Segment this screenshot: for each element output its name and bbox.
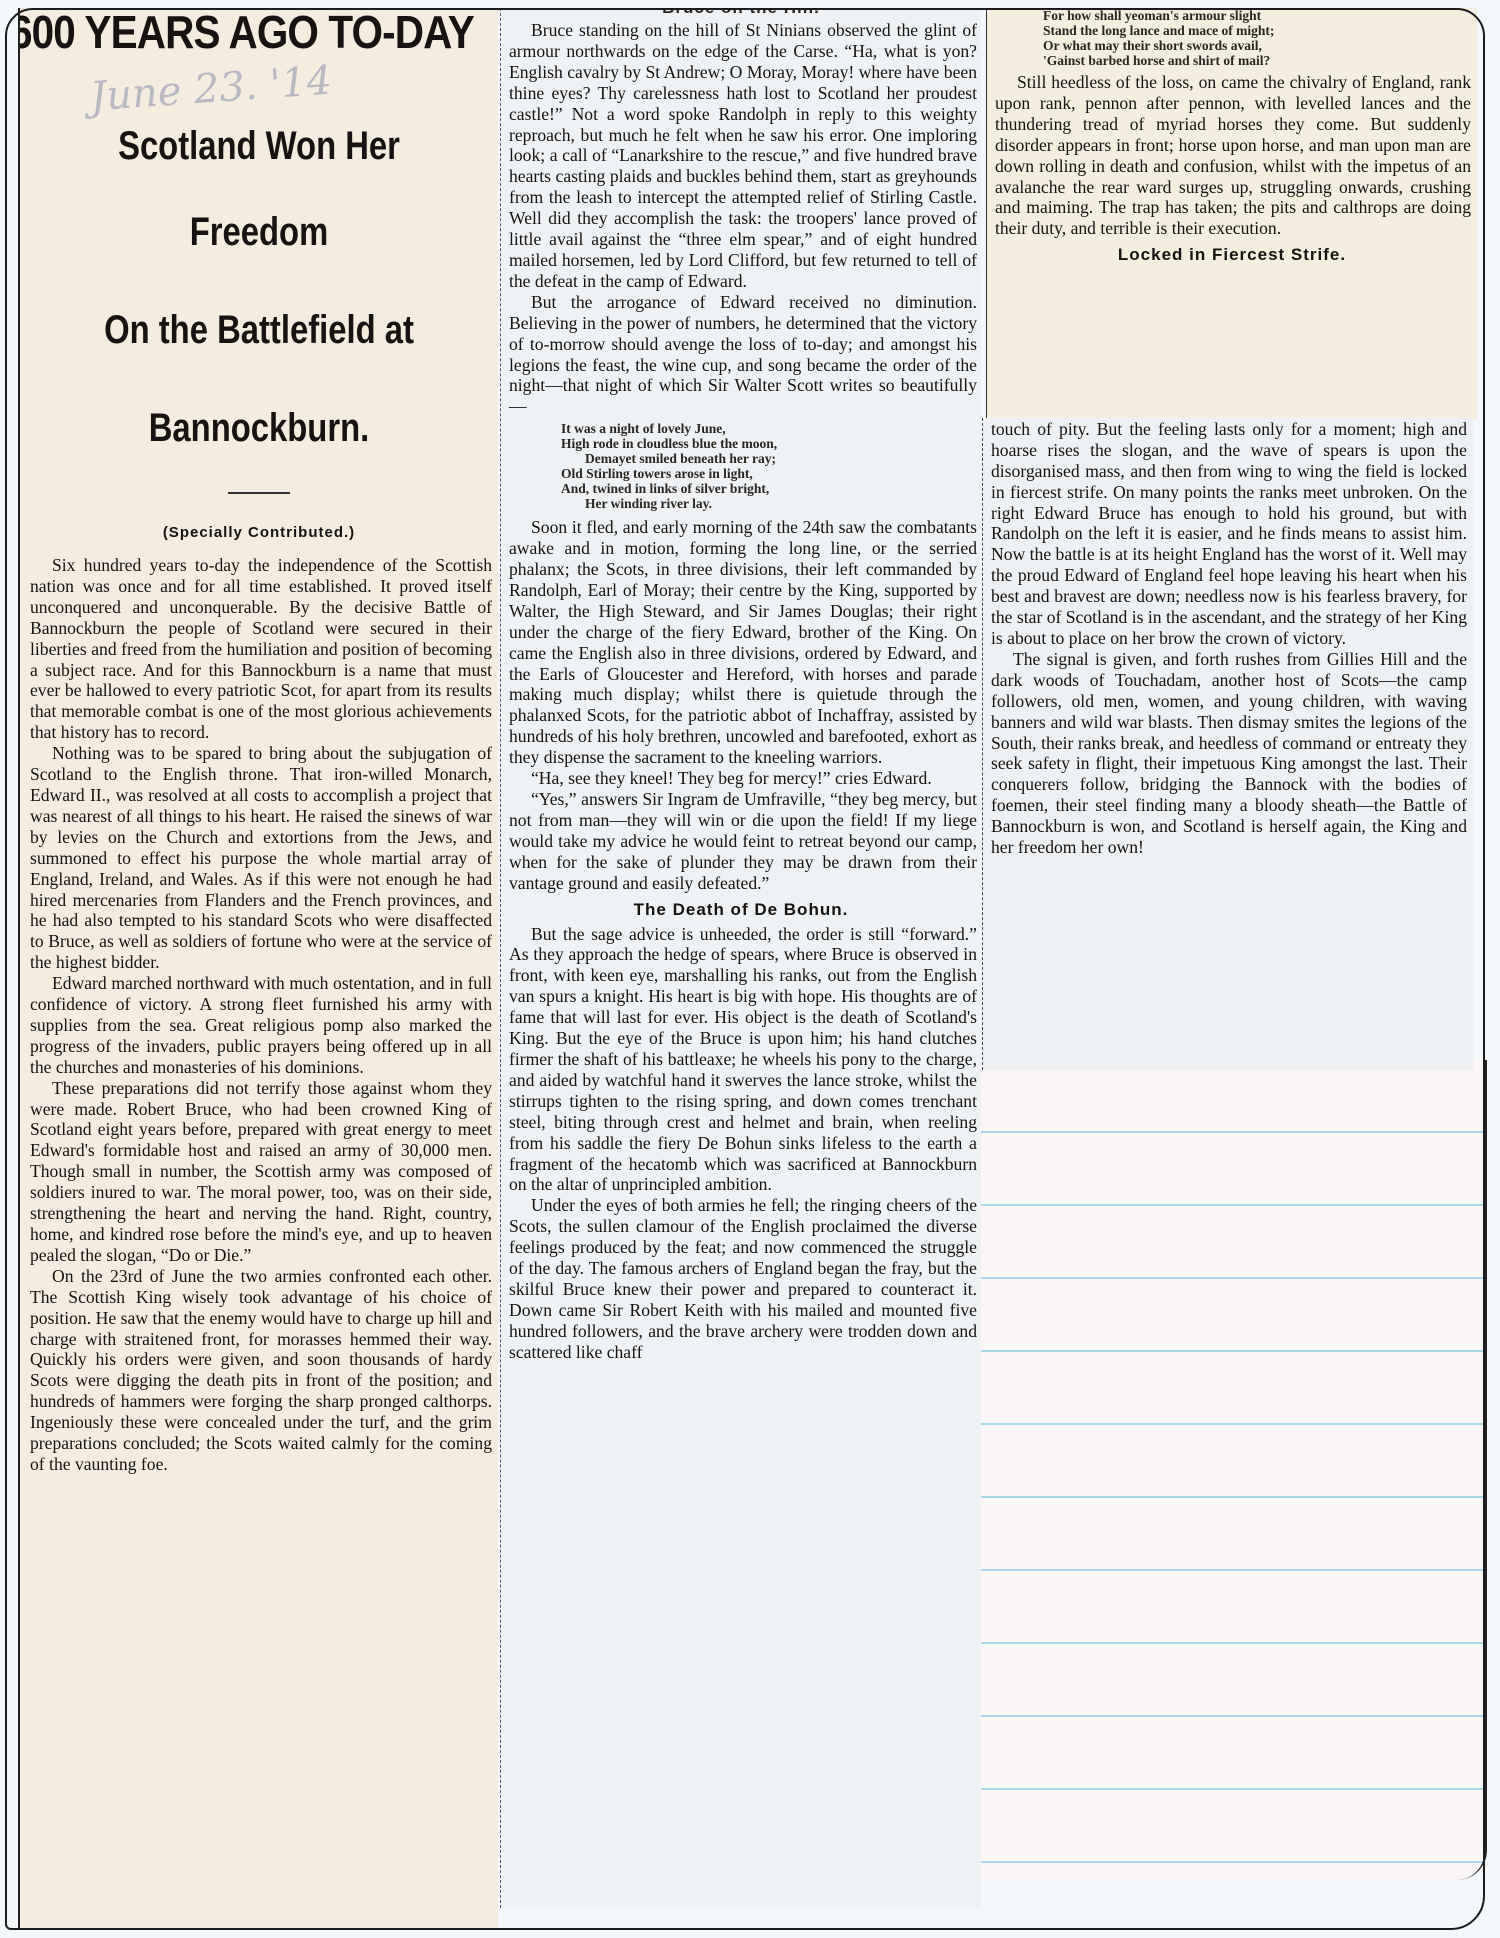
paragraph: On the 23rd of June the two armies confr… — [20, 1266, 498, 1475]
banner-headline: 600 YEARS AGO TO-DAY — [18, 8, 439, 56]
paragraph: But the arrogance of Edward received no … — [501, 292, 981, 417]
paragraph: Edward marched northward with much osten… — [20, 973, 498, 1078]
verse-line: And, twined in links of silver bright, — [561, 481, 981, 496]
clipping-column-3-top: For how shall yeoman's armour slightStan… — [986, 8, 1477, 420]
verse-line: 'Gainst barbed horse and shirt of mail? — [1043, 53, 1477, 68]
headline-line-3: On the Battlefield at — [30, 310, 488, 350]
verse-line: For how shall yeoman's armour slight — [1043, 8, 1477, 23]
headline-divider — [228, 492, 290, 494]
paragraph: But the sage advice is unheeded, the ord… — [501, 924, 981, 1196]
notebook-ruled-page — [980, 1060, 1487, 1880]
paragraph: So horrible is the havoc that even the i… — [983, 418, 1473, 649]
paragraph: Under the eyes of both armies he fell; t… — [501, 1195, 981, 1362]
paragraph: Still heedless of the loss, on came the … — [987, 72, 1477, 239]
headline-line-4: Bannockburn. — [30, 408, 488, 448]
paragraph: Bruce standing on the hill of St Ninians… — [501, 20, 981, 292]
verse-line: Stand the long lance and mace of might; — [1043, 23, 1477, 38]
subheading-bruce-on-the-hill: Bruce on the Hill. — [501, 8, 981, 18]
byline: (Specially Contributed.) — [20, 524, 498, 541]
paragraph: Six hundred years to-day the independenc… — [20, 555, 498, 743]
paragraph: “Yes,” answers Sir Ingram de Umfraville,… — [501, 789, 981, 894]
paragraph: These preparations did not terrify those… — [20, 1078, 498, 1266]
headline-line-2: Freedom — [30, 212, 488, 252]
headline-line-1: Scotland Won Her — [30, 126, 488, 166]
subheading-death-of-de-bohun: The Death of De Bohun. — [501, 900, 981, 920]
verse-line: Old Stirling towers arose in light, — [561, 466, 981, 481]
verse-yeoman: For how shall yeoman's armour slightStan… — [1043, 8, 1477, 68]
clipping-column-2: Bruce on the Hill. Bruce standing on the… — [500, 8, 981, 1908]
verse-line: High rode in cloudless blue the moon, — [561, 436, 981, 451]
pencil-date-note: June 23. '14 — [89, 58, 334, 121]
subheading-locked-in-fiercest-strife: Locked in Fiercest Strife. — [987, 245, 1477, 265]
verse-line: Her winding river lay. — [561, 496, 981, 511]
verse-line: It was a night of lovely June, — [561, 421, 981, 436]
paragraph: The signal is given, and forth rushes fr… — [983, 649, 1473, 858]
verse-line: Or what may their short swords avail, — [1043, 38, 1477, 53]
verse-scott: It was a night of lovely June,High rode … — [561, 421, 981, 511]
verse-line: Demayet smiled beneath her ray; — [561, 451, 981, 466]
clipping-column-1: June 23. '14 600 YEARS AGO TO-DAY Scotla… — [18, 8, 498, 1928]
paragraph: Nothing was to be spared to bring about … — [20, 743, 498, 973]
paragraph: Soon it fled, and early morning of the 2… — [501, 517, 981, 768]
paragraph: “Ha, see they kneel! They beg for mercy!… — [501, 768, 981, 789]
clipping-column-3-bottom: So horrible is the havoc that even the i… — [982, 418, 1473, 1070]
